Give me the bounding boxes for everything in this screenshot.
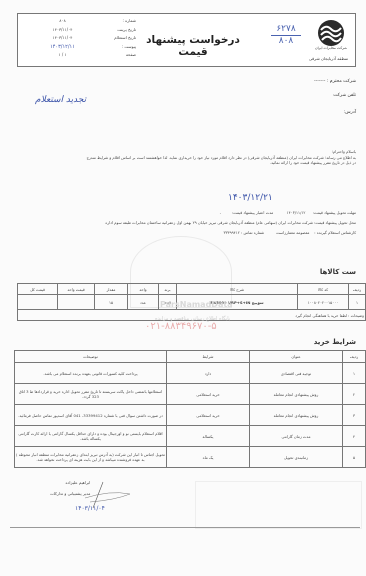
footer-divider xyxy=(10,527,360,528)
deadline-label: مهلت تحویل پیشنهاد قیمت: xyxy=(313,210,356,215)
cell-row: ۴ xyxy=(343,426,366,447)
deadline-value: ۱۴۰۳/۱۱/۱۲ xyxy=(287,210,306,215)
conditions-section-title: شرایط خرید xyxy=(314,338,356,346)
validity-value: - xyxy=(220,210,221,215)
watermark-brand: ParsNamadData xyxy=(160,300,233,309)
expert-row: کارشناس استعلام گیرنده : معصومه معمارزاس… xyxy=(18,230,356,235)
handwritten-date: ۱۴۰۳/۱۲/۱۱ xyxy=(40,43,85,52)
signature-stroke-icon xyxy=(85,480,135,510)
intro-line-2: در ذیل در تاریخ مقرر پیشنهاد قیمت خود را… xyxy=(18,160,356,166)
page-title: درخواست پیشنهاد قیمت xyxy=(138,34,248,58)
cell-code: ۱۰۰۸۰۲۰۲۰۰۱۵۰۰۰ xyxy=(298,295,349,310)
ref-number-bottom: ۸۰۸ xyxy=(266,36,306,47)
cell-row: ۱ xyxy=(343,363,366,384)
page-label: صفحه xyxy=(96,51,136,60)
cell-title: مدت زمان گارانتی xyxy=(250,426,343,447)
col-condition: شرایط xyxy=(167,351,250,363)
handwritten-note: تجدید استعلام xyxy=(35,95,86,105)
place-value: شرکت مخابرات ایران (سهامی عام) منطقه آذر… xyxy=(105,220,313,225)
col-unit: واحد xyxy=(128,284,159,295)
expert-phone-label: شماره تماس : xyxy=(241,230,264,235)
cell-title: روش پیشنهادی انجام معامله xyxy=(250,384,343,405)
conditions-header-row: ردیف عنوان شرایط توضیحات xyxy=(15,351,366,363)
cell-qty: ۱۵ xyxy=(95,295,128,310)
company-value: ------- xyxy=(314,79,325,84)
cell-title: زمانبندی تحویل xyxy=(250,447,343,468)
document-page: شماره : تاریخ پرینت تاریخ استعلام پیوست … xyxy=(0,0,366,576)
table-row: ۲ روش پیشنهادی انجام معامله خرید استعلام… xyxy=(15,384,366,405)
place-label: محل تحویل پیشنهاد قیمت: xyxy=(314,220,356,225)
cell-description: تحویل اجناس تا انبار این شرکت (به آدرس ت… xyxy=(15,447,167,468)
print-date-label: تاریخ پرینت xyxy=(96,26,136,35)
cell-description: استعلامها باتمضی داخل پاکت سربسته تا تار… xyxy=(15,384,167,405)
items-section-title: ست کالاها xyxy=(320,268,356,276)
col-unit-price: قیمت واحد xyxy=(58,284,95,295)
intro-paragraph: باسلام واحترام؛ به اطلاع می رساند؛ شرکت … xyxy=(18,149,356,166)
col-row: ردیف xyxy=(349,284,366,295)
inquiry-date-label: تاریخ استعلام xyxy=(96,34,136,43)
region-name: منطقه آذربایجان شرقی xyxy=(301,56,356,61)
cell-condition: دارد xyxy=(167,363,250,384)
col-title: عنوان xyxy=(250,351,343,363)
col-brand: برند xyxy=(159,284,177,295)
ref-number-top: ۶۲۷۸ xyxy=(266,24,306,35)
number-label: شماره : xyxy=(96,17,136,26)
expert-value: معصومه معمارزاست xyxy=(276,230,309,235)
table-row: ۵ زمانبندی تحویل یک ماه تحویل اجناس تا ا… xyxy=(15,447,366,468)
cell-unit-price xyxy=(58,295,95,310)
cell-condition: خرید استعلامی xyxy=(167,384,250,405)
cell-row: ۱ xyxy=(349,295,366,310)
cell-row: ۲ xyxy=(343,384,366,405)
document-header: شماره : تاریخ پرینت تاریخ استعلام پیوست … xyxy=(17,13,356,67)
recipient-company: شرکت محترم : ------- xyxy=(314,79,356,84)
col-code: کد کالا xyxy=(298,284,349,295)
footer-stamp-area xyxy=(195,481,362,529)
recipient-phone-label: تلفن شرکت xyxy=(333,93,356,98)
page-value: ۱ / ۱ xyxy=(40,51,85,60)
cell-row: ۳ xyxy=(343,405,366,426)
delivery-place-row: محل تحویل پیشنهاد قیمت: شرکت مخابرات ایر… xyxy=(18,220,356,225)
cell-condition: یک ماه xyxy=(167,447,250,468)
conditions-table: ردیف عنوان شرایط توضیحات ۱ توجیه فنی اقت… xyxy=(14,350,366,468)
handwritten-ref-number: ۶۲۷۸ ۸۰۸ xyxy=(266,24,306,47)
number-value: ۸۰۸ xyxy=(40,17,85,26)
watermark-phone: ۰۲۱-۸۸۳۴۹۶۷۰-۵ xyxy=(145,321,217,332)
col-qty: مقدار xyxy=(95,284,128,295)
meta-values: ۸۰۸ ۱۴۰۳/۱۱/۰۴ ۱۴۰۳/۱۱/۰۴ ۱۴۰۳/۱۲/۱۱ ۱ /… xyxy=(40,17,85,60)
logo-caption: شرکت مخابرات ایران xyxy=(306,46,356,50)
company-label: شرکت محترم : xyxy=(327,79,356,84)
handwritten-deadline: ۱۴۰۳/۱۲/۲۱ xyxy=(228,193,273,203)
col-description: توضیحات xyxy=(15,351,167,363)
items-header-row: ردیف کد کالا شرح کالا برند واحد مقدار قی… xyxy=(18,284,366,295)
table-row: ۳ روش پیشنهادی انجام معامله خرید استعلام… xyxy=(15,405,366,426)
cell-condition: یکساله xyxy=(167,426,250,447)
meta-labels: شماره : تاریخ پرینت تاریخ استعلام پیوست … xyxy=(96,17,136,60)
cell-description: اقلام استعلام بایستی نو و اورجینال بوده … xyxy=(15,426,167,447)
expert-label: کارشناس استعلام گیرنده : xyxy=(314,230,356,235)
table-row: ۱ توجیه فنی اقتصادی دارد پرداخت کلیه کسو… xyxy=(15,363,366,384)
cell-description: در صورت داشتن سوال فنی با شماره 33399412… xyxy=(15,405,167,426)
deadline-row: مهلت تحویل پیشنهاد قیمت: ۱۴۰۳/۱۱/۱۲ مدت … xyxy=(18,210,356,215)
table-row: ۴ مدت زمان گارانتی یکساله اقلام استعلام … xyxy=(15,426,366,447)
cell-title: توجیه فنی اقتصادی xyxy=(250,363,343,384)
col-row: ردیف xyxy=(343,351,366,363)
expert-phone-value: ۳۳۳۹۹۴۱۲ xyxy=(223,230,239,235)
cell-row: ۵ xyxy=(343,447,366,468)
cell-total xyxy=(18,295,58,310)
cell-unit: عدد xyxy=(128,295,159,310)
attachment-label: پیوست : xyxy=(96,43,136,52)
col-desc: شرح کالا xyxy=(177,284,298,295)
validity-label: مدت اعتبار پیشنهاد قیمت: xyxy=(232,210,273,215)
print-date-value: ۱۴۰۳/۱۱/۰۴ xyxy=(40,26,85,35)
cell-condition: خرید استعلامی xyxy=(167,405,250,426)
col-total: قیمت کل xyxy=(18,284,58,295)
company-logo-icon xyxy=(316,18,346,48)
recipient-address-label: آدرس: xyxy=(344,110,356,115)
cell-description: پرداخت کلیه کسورات قانونی بعهده برنده اس… xyxy=(15,363,167,384)
inquiry-date-value: ۱۴۰۳/۱۱/۰۴ xyxy=(40,34,85,43)
cell-title: روش پیشنهادی انجام معامله xyxy=(250,405,343,426)
